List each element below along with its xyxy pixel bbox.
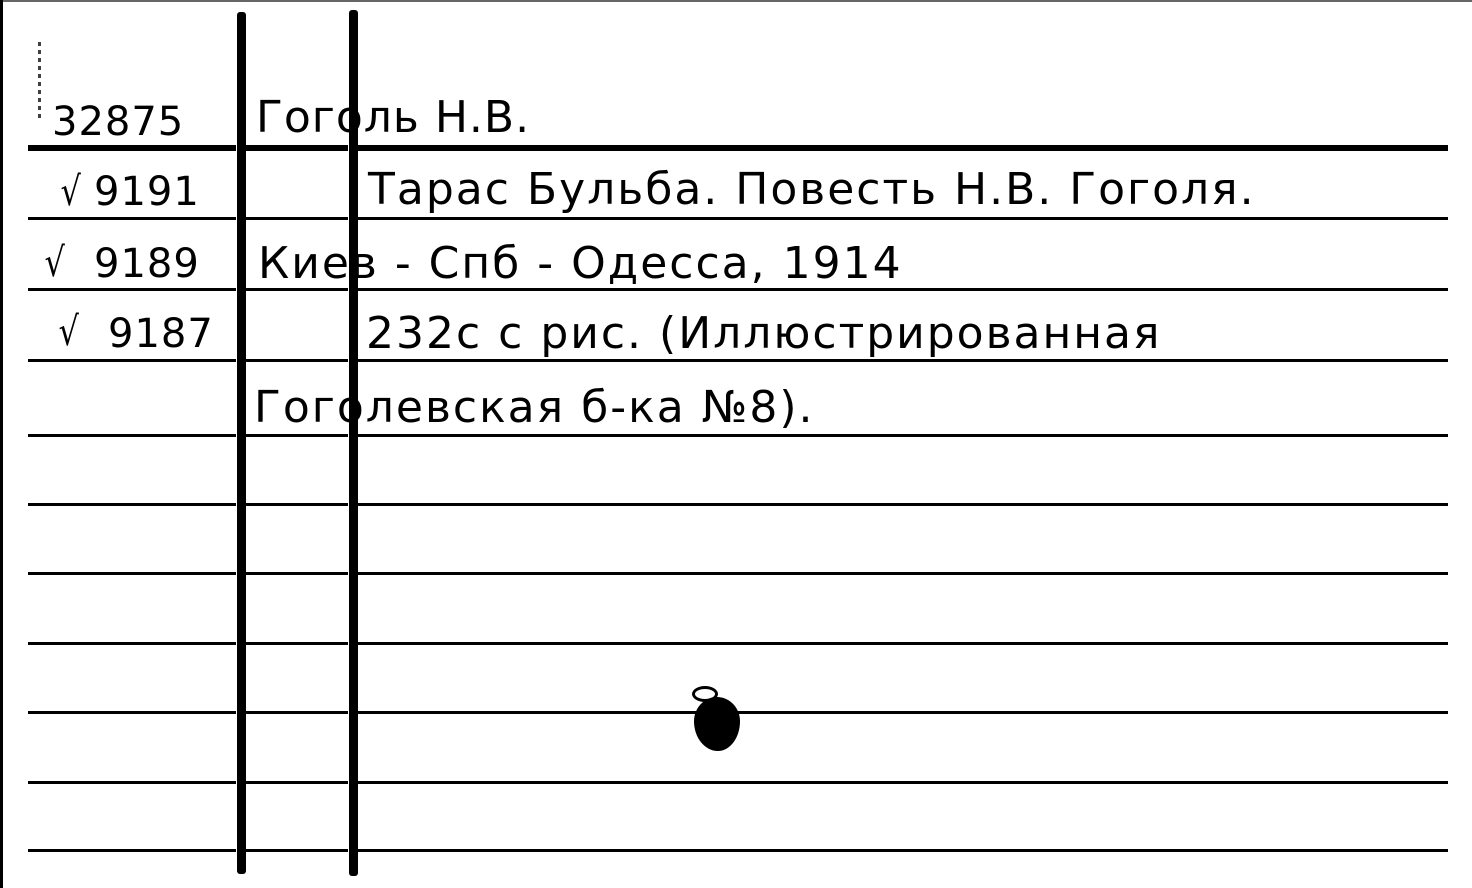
check-mark-icon: √	[61, 172, 81, 212]
ruled-line	[28, 642, 236, 645]
ruled-line	[246, 849, 348, 852]
ruled-line	[28, 434, 236, 437]
pencil-mark	[38, 42, 41, 122]
imprint-line: Киев - Спб - Одесса, 1914	[258, 242, 903, 286]
ruled-line	[246, 642, 348, 645]
ruled-line	[246, 572, 348, 575]
ruled-line	[356, 642, 1448, 645]
ruled-line	[28, 359, 236, 362]
accession-number: 9187	[108, 314, 214, 354]
check-mark-icon: √	[59, 312, 79, 352]
ruled-line	[356, 145, 1448, 151]
ruled-line	[28, 572, 236, 575]
series-line: Гоголевская б-ка №8).	[254, 386, 815, 430]
ruled-line	[356, 849, 1448, 852]
vertical-rule-left	[237, 12, 246, 874]
ruled-line	[356, 359, 1448, 362]
ruled-line	[28, 849, 236, 852]
ink-blot	[694, 697, 740, 751]
ruled-line	[28, 781, 236, 784]
accession-number: 9189	[94, 244, 200, 284]
ruled-line	[356, 217, 1448, 220]
card-left-edge	[0, 0, 3, 888]
ruled-line	[28, 503, 236, 506]
ruled-line	[246, 217, 348, 220]
ruled-line	[28, 145, 236, 151]
ruled-line	[28, 217, 236, 220]
ruled-line	[356, 572, 1448, 575]
accession-number: 9191	[94, 172, 200, 212]
extent-line: 232с с рис. (Иллюстрированная	[366, 312, 1161, 356]
ruled-line	[356, 711, 1448, 714]
ruled-line	[356, 434, 1448, 437]
ruled-line	[246, 145, 348, 151]
ruled-line	[356, 503, 1448, 506]
ruled-line	[246, 359, 348, 362]
ruled-line	[246, 781, 348, 784]
ruled-line	[356, 781, 1448, 784]
catalog-card: 32875 √ 9191 √ 9189 √ 9187 Гоголь Н.В. Т…	[0, 0, 1472, 888]
ruled-line	[246, 503, 348, 506]
ruled-line	[28, 711, 236, 714]
ruled-line	[28, 288, 236, 291]
accession-number: 32875	[52, 102, 184, 142]
ruled-line	[246, 711, 348, 714]
card-top-edge	[0, 0, 1472, 2]
ruled-line	[246, 434, 348, 437]
author-heading: Гоголь Н.В.	[256, 96, 530, 140]
title-line: Тарас Бульба. Повесть Н.В. Гоголя.	[368, 168, 1256, 212]
check-mark-icon: √	[45, 243, 65, 283]
